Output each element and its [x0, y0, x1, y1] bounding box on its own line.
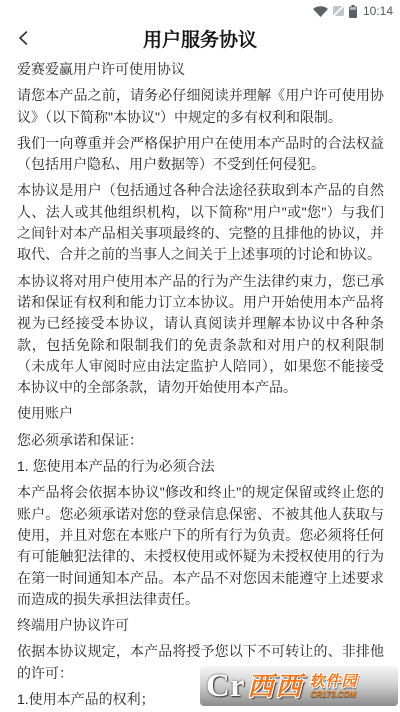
agreement-paragraph: 您必须承诺和保证：: [17, 430, 384, 451]
header: 用户服务协议: [0, 20, 400, 56]
watermark-name-large: 西西: [247, 673, 303, 699]
battery-icon: [349, 5, 357, 18]
back-button[interactable]: [10, 24, 38, 52]
watermark-name-small: 软件园: [310, 673, 358, 690]
chevron-left-icon: [15, 29, 33, 47]
watermark-monogram: Cr: [206, 670, 244, 703]
agreement-paragraph: 本产品将会依据本协议"修改和终止"的规定保留或终止您的账户。您必须承诺对您的登录…: [17, 482, 384, 610]
watermark-name-block: 软件园 CR173.COM: [310, 673, 358, 700]
agreement-paragraph: 我们一向尊重并会严格保护用户在使用本产品时的合法权益（包括用户隐私、用户数据等）…: [17, 133, 384, 176]
agreement-paragraph: 请您本产品之前，请务必仔细阅读并理解《用户许可使用协议》（以下简称"本协议"）中…: [17, 85, 384, 128]
status-time: 10:14: [363, 5, 393, 17]
app-screen: 10:14 用户服务协议 爱赛爱赢用户许可使用协议请您本产品之前，请务必仔细阅读…: [0, 0, 400, 712]
agreement-paragraph: 1. 您使用本产品的行为必须合法: [17, 456, 384, 477]
agreement-paragraph: 本协议将对用户使用本产品的行为产生法律约束力，您已承诺和保证有权利和能力订立本协…: [17, 271, 384, 399]
page-title: 用户服务协议: [143, 25, 257, 52]
status-bar: 10:14: [0, 0, 400, 20]
agreement-text: 爱赛爱赢用户许可使用协议请您本产品之前，请务必仔细阅读并理解《用户许可使用协议》…: [17, 59, 384, 710]
watermark-logo: Cr 西西 软件园 CR173.COM: [200, 666, 398, 706]
no-signal-icon: [332, 5, 345, 17]
agreement-paragraph: 本协议是用户（包括通过各种合法途径获取到本产品的自然人、法人或其他组织机构，以下…: [17, 180, 384, 265]
agreement-paragraph: 爱赛爱赢用户许可使用协议: [17, 59, 384, 80]
agreement-paragraph: 终端用户协议许可: [17, 615, 384, 636]
wifi-icon: [313, 5, 328, 17]
agreement-scroll-area[interactable]: 爱赛爱赢用户许可使用协议请您本产品之前，请务必仔细阅读并理解《用户许可使用协议》…: [0, 56, 400, 710]
agreement-paragraph: 使用账户: [17, 403, 384, 424]
watermark-site: CR173.COM: [311, 690, 357, 700]
